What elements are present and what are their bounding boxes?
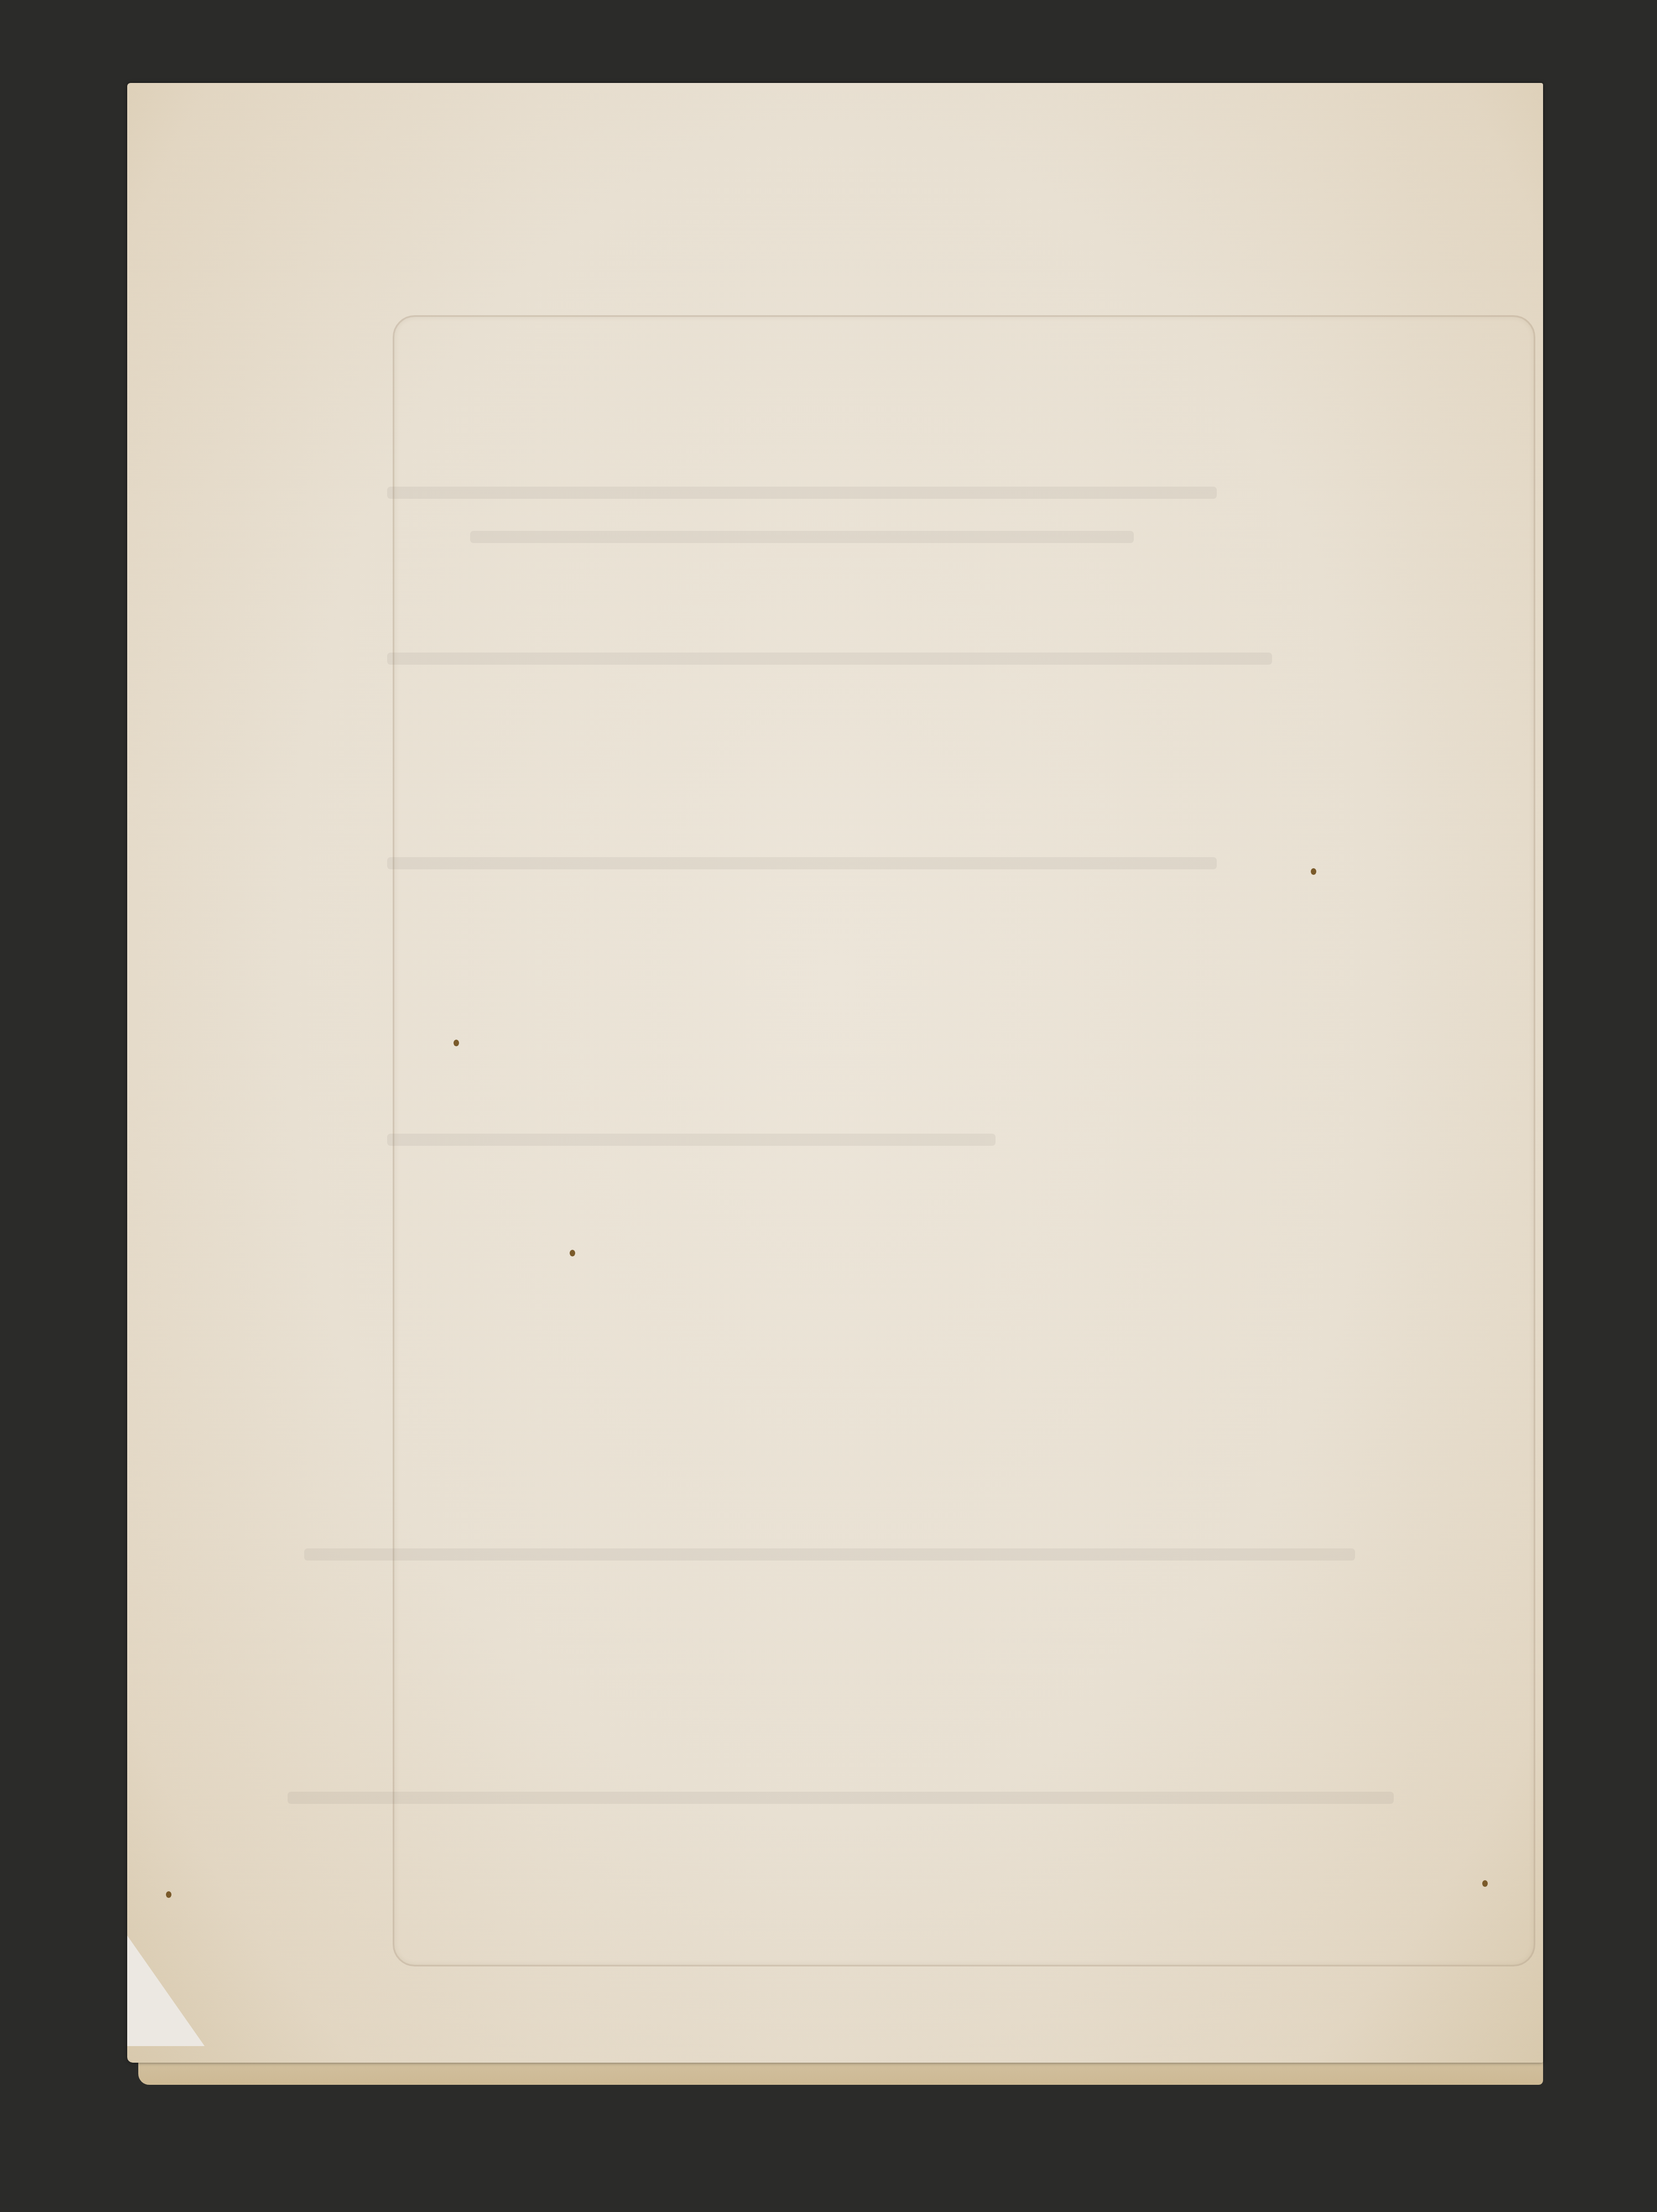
bleed-through-line bbox=[387, 487, 1217, 499]
bleed-through-line bbox=[470, 531, 1134, 543]
bleed-through-line bbox=[304, 1548, 1355, 1561]
bleed-through-line bbox=[387, 857, 1217, 869]
paper-sheet bbox=[127, 83, 1543, 2063]
foxing-spot bbox=[1311, 868, 1316, 875]
bleed-through-line bbox=[288, 1792, 1394, 1804]
bleed-through-line bbox=[387, 653, 1272, 665]
foxing-spot bbox=[1482, 1880, 1488, 1887]
bleed-through-line bbox=[387, 1134, 996, 1146]
foxing-spot bbox=[166, 1891, 171, 1898]
foxing-spot bbox=[570, 1250, 575, 1256]
foxing-spot bbox=[454, 1040, 459, 1046]
